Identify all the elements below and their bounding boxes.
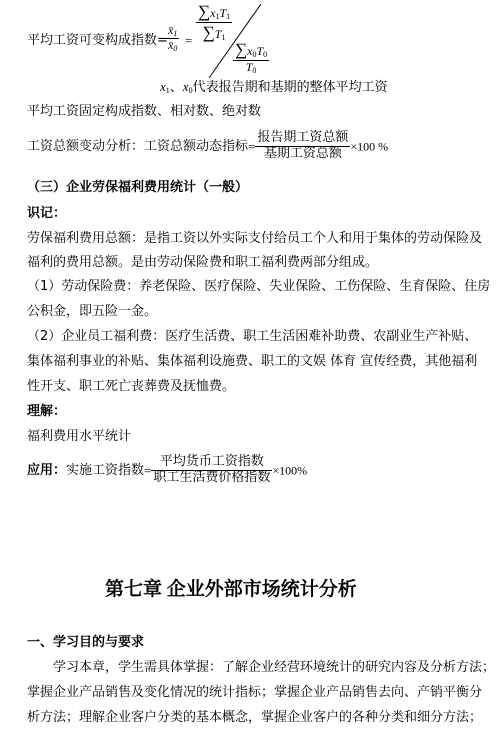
chapter-title: 第七章 企业外部市场统计分析 xyxy=(105,580,357,599)
welfare-level-line: 福利费用水平统计 xyxy=(27,430,131,443)
paragraph-line: 掌握企业产品销售及变化情况的统计指标；掌握企业产品销售去向、产销平衡分 xyxy=(27,686,482,699)
application-formula: 应用：实施工资指数= 平均货币工资指数 职工生活费价格指数 ×100% xyxy=(27,455,307,486)
formula-note: x1、x0代表报告期和基期的整体平均工资 xyxy=(160,80,388,95)
sum-x0T0-over-T0: ∑x0T0 T0 xyxy=(233,40,269,75)
understand-label: 理解： xyxy=(27,405,66,418)
section-1-title: 一、学习目的与要求 xyxy=(27,636,144,649)
total-wage-analysis: 工资总额变动分析：工资总额动态指标= 报告期工资总额 基期工资总额 ×100 % xyxy=(27,131,388,162)
section-3-title: （三）企业劳保福利费用统计（一般） xyxy=(27,181,248,194)
equals-sign: = xyxy=(185,34,192,47)
formula-label: 平均工资可变构成指数= xyxy=(27,33,168,48)
list-item-2-cont: 集体福利事业的补贴、集体福利设施费、职工的文娱 体育 宣传经费，其他福利 xyxy=(27,355,477,368)
paragraph-line: 析方法；理解企业客户分类的基本概念，掌握企业客户的各种分类和细分方法； xyxy=(27,711,482,724)
list-item-2-cont: 性开支、职工死亡丧葬费及抚恤费。 xyxy=(27,380,235,393)
list-item-1: （1）劳动保险费：养老保险、医疗保险、失业保险、工伤保险、生育保险、住房 xyxy=(27,280,490,293)
paragraph-line: 学习本章，学生需具体掌握：了解企业经营环境统计的研究内容及分析方法； xyxy=(53,661,495,674)
xbar-fraction: x̄1 x̄0 xyxy=(166,24,179,53)
fixed-composition-line: 平均工资固定构成指数、相对数、绝对数 xyxy=(27,105,261,118)
list-item-2: （2）企业员工福利费：医疗生活费、职工生活困难补助费、农副业生产补贴、 xyxy=(27,330,477,343)
variable-composition-formula: 平均工资可变构成指数= xyxy=(27,34,168,47)
paragraph-line: 福利的费用总额。是由劳动保险费和职工福利费两部分组成。 xyxy=(27,256,378,269)
paragraph-line: 劳保福利费用总额：是指工资以外实际支付给员工个人和用于集体的劳动保险及 xyxy=(27,232,482,245)
remember-label: 识记： xyxy=(27,207,66,220)
list-item-1-cont: 公积金，即五险一金。 xyxy=(27,305,157,318)
